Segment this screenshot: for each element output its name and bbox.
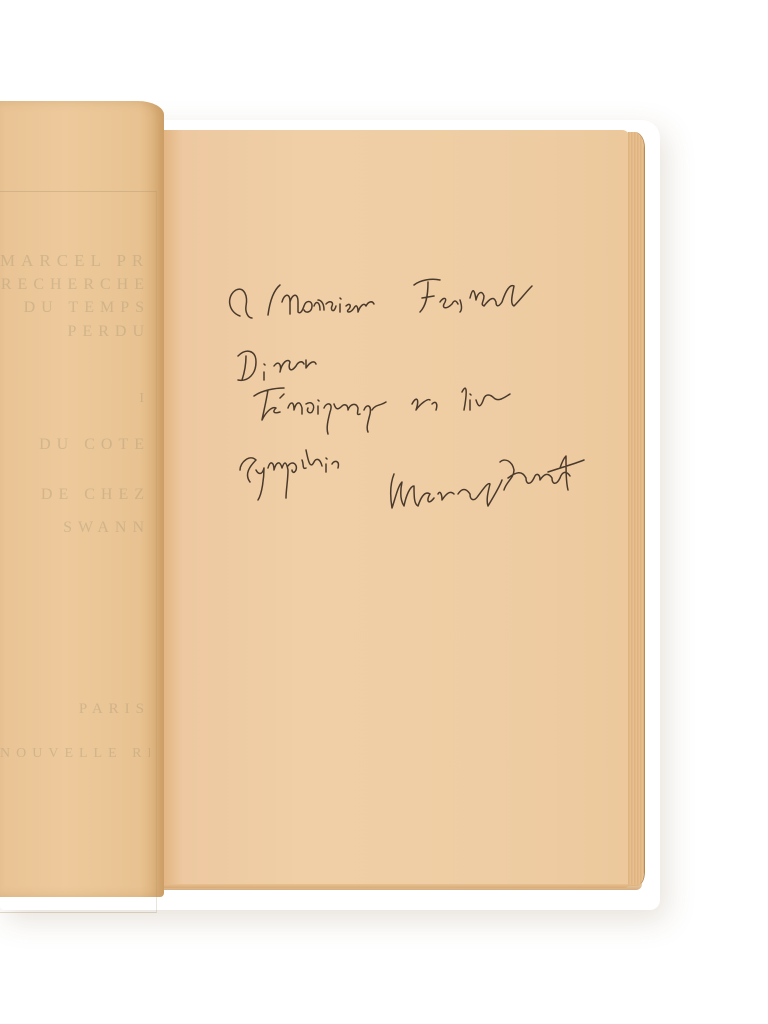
right-page-flyleaf [164, 130, 630, 888]
inscription-signature: Marcel Proust [0, 0, 1, 1]
showthrough-text: MARCEL PROUST [0, 251, 150, 271]
inscription-line-3: témoignage de vive [0, 0, 1, 1]
inscription-line-4: sympathie [0, 0, 1, 1]
showthrough-text: DE CHEZ [0, 486, 150, 504]
showthrough-text: DU TEMPS [0, 299, 150, 317]
showthrough-text: PARIS [0, 701, 150, 718]
showthrough-text: I [0, 391, 150, 407]
photo-scene: MARCEL PROUST RECHERCHE DU TEMPS PERDU I… [0, 0, 768, 1024]
showthrough-text: SWANN [0, 519, 150, 537]
showthrough-text: DU COTE [0, 436, 150, 454]
page-fore-edge [628, 132, 644, 886]
showthrough-text: RECHERCHE [0, 276, 150, 294]
inscription-line-2: Divoire [0, 0, 1, 1]
page-bottom-edge [164, 884, 642, 890]
inscription-line-1: A Monsieur Fernand [0, 0, 1, 1]
showthrough-text: NOUVELLE REVUE [0, 746, 150, 762]
showthrough-text: PERDU [0, 323, 150, 341]
left-page: MARCEL PROUST RECHERCHE DU TEMPS PERDU I… [0, 101, 164, 897]
